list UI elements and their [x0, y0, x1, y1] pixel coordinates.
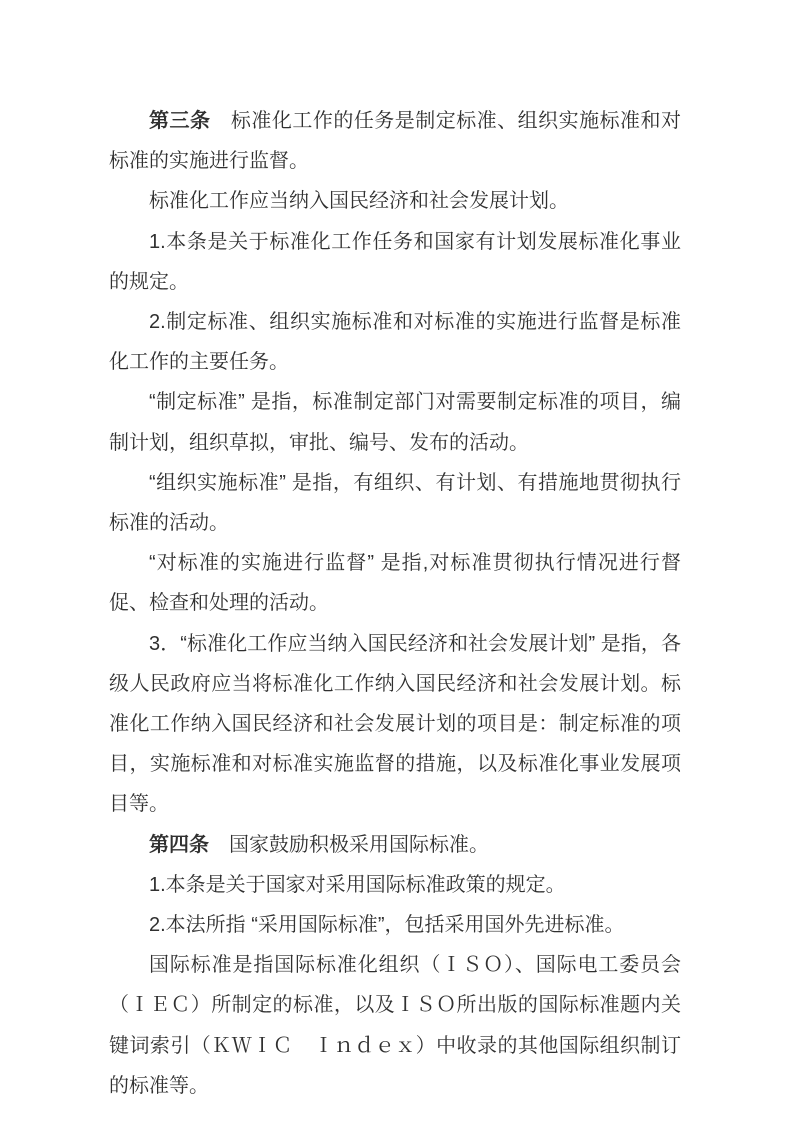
paragraph-7: “对标准的实施进行监督” 是指,对标准贯彻执行情况进行督促、检查和处理的活动。 — [109, 543, 681, 623]
text-run: 3．“标准化工作应当纳入国民经济和社会发展计划” 是指，各级人民政府应当将标准化… — [109, 633, 681, 816]
paragraph-9: 第四条 国家鼓励积极采用国际标准。 — [109, 825, 681, 865]
text-run: “对标准的实施进行监督” 是指,对标准贯彻执行情况进行督促、检查和处理的活动。 — [109, 552, 681, 614]
text-run: 国际标准是指国际标准化组织（ＩＳＯ）、国际电工委员会（ＩＥＣ）所制定的标准，以及… — [109, 954, 681, 1097]
paragraph-8: 3．“标准化工作应当纳入国民经济和社会发展计划” 是指，各级人民政府应当将标准化… — [109, 624, 681, 825]
paragraph-5: “制定标准” 是指，标准制定部门对需要制定标准的项目，编制计划，组织草拟，审批、… — [109, 382, 681, 462]
text-run: 2.本法所指 “采用国际标准”，包括采用国外先进标准。 — [149, 914, 625, 936]
paragraph-4: 2.制定标准、组织实施标准和对标准的实施进行监督是标准化工作的主要任务。 — [109, 302, 681, 382]
paragraph-6: “组织实施标准” 是指，有组织、有计划、有措施地贯彻执行标准的活动。 — [109, 463, 681, 543]
text-run: 1.本条是关于国家对采用国际标准政策的规定。 — [149, 874, 566, 896]
document-body: 第三条 标准化工作的任务是制定标准、组织实施标准和对标准的实施进行监督。标准化工… — [109, 101, 681, 1106]
text-run: 标准化工作应当纳入国民经济和社会发展计划。 — [149, 190, 569, 212]
article-number-heading: 第四条 — [149, 834, 209, 856]
paragraph-1: 第三条 标准化工作的任务是制定标准、组织实施标准和对标准的实施进行监督。 — [109, 101, 681, 181]
text-run: 国家鼓励积极采用国际标准。 — [209, 834, 489, 856]
paragraph-12: 国际标准是指国际标准化组织（ＩＳＯ）、国际电工委员会（ＩＥＣ）所制定的标准，以及… — [109, 945, 681, 1106]
article-number-heading: 第三条 — [149, 110, 210, 132]
text-run: 2.制定标准、组织实施标准和对标准的实施进行监督是标准化工作的主要任务。 — [109, 311, 681, 373]
text-run: “组织实施标准” 是指，有组织、有计划、有措施地贯彻执行标准的活动。 — [109, 472, 681, 534]
text-run: “制定标准” 是指，标准制定部门对需要制定标准的项目，编制计划，组织草拟，审批、… — [109, 391, 681, 453]
paragraph-3: 1.本条是关于标准化工作任务和国家有计划发展标准化事业的规定。 — [109, 222, 681, 302]
paragraph-11: 2.本法所指 “采用国际标准”，包括采用国外先进标准。 — [109, 905, 681, 945]
paragraph-10: 1.本条是关于国家对采用国际标准政策的规定。 — [109, 865, 681, 905]
text-run: 1.本条是关于标准化工作任务和国家有计划发展标准化事业的规定。 — [109, 231, 681, 293]
document-page: 第三条 标准化工作的任务是制定标准、组织实施标准和对标准的实施进行监督。标准化工… — [0, 0, 793, 1122]
paragraph-2: 标准化工作应当纳入国民经济和社会发展计划。 — [109, 181, 681, 221]
